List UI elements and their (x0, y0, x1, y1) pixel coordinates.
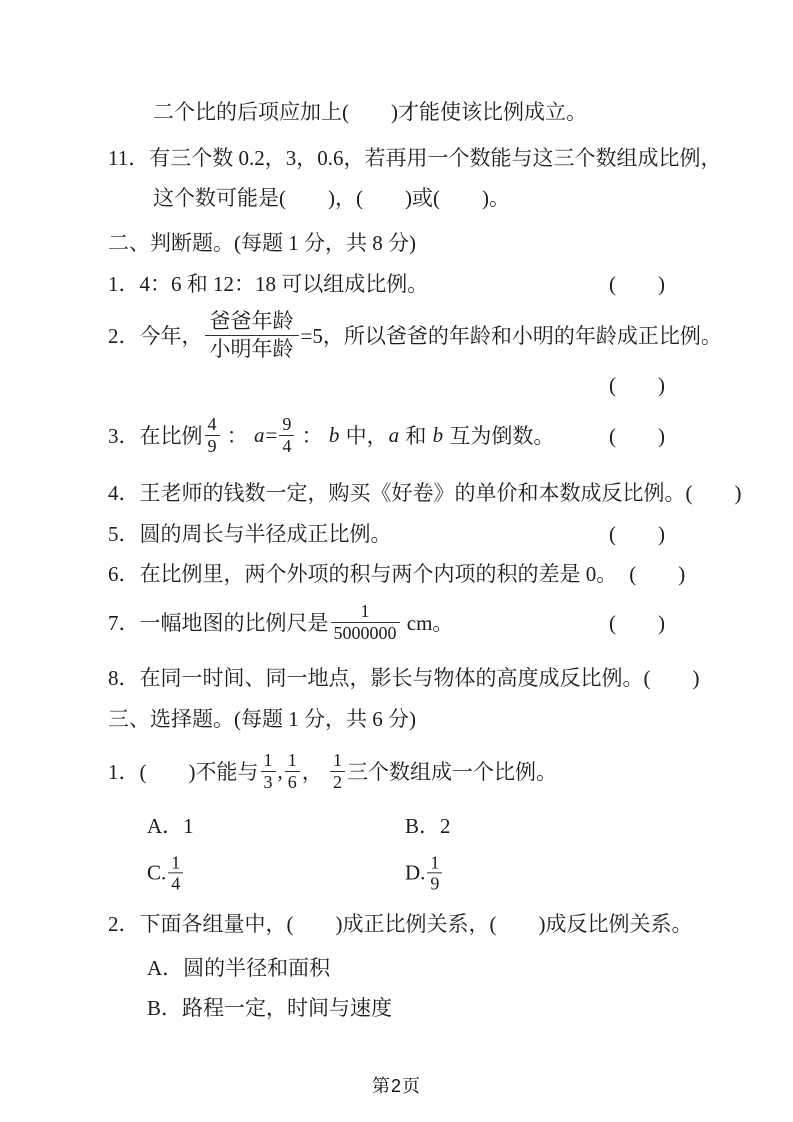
option-cell: B．2 (405, 810, 451, 840)
text-run: = (266, 423, 278, 448)
worksheet-page: 二个比的后项应加上( )才能使该比例成立。11．有三个数 0.2，3，0.6，若… (0, 0, 793, 1122)
fraction-denominator: 小明年龄 (205, 336, 299, 362)
fraction-denominator: 6 (285, 772, 300, 792)
text-run: C. (147, 861, 166, 886)
text-run: 11．有三个数 0.2，3，0.6，若再用一个数能与这三个数组成比例， (108, 142, 721, 172)
option-cell: C.14 (147, 852, 185, 893)
text-run: ， (302, 756, 328, 786)
text-run: 1．4：6 和 12：18 可以组成比例。 (108, 268, 428, 298)
answer-blank: ( ) (609, 607, 665, 637)
fraction-numerator: 1 (427, 852, 442, 873)
line-h2: 二、判断题。(每题 1 分，共 8 分) (108, 229, 665, 255)
line-h3: 三、选择题。(每题 1 分，共 6 分) (108, 705, 665, 731)
line-text: A．圆的半径和面积 (147, 952, 330, 982)
fraction: 14 (168, 852, 183, 893)
line-j7: 7．一幅地图的比例尺是15000000 cm。( ) (108, 596, 665, 648)
line-cAB: A．1B．2 (108, 812, 665, 838)
text-run: 7．一幅地图的比例尺是 (108, 607, 329, 637)
line-q10cont: 二个比的后项应加上( )才能使该比例成立。 (153, 98, 665, 124)
fraction-denominator: 2 (330, 772, 345, 792)
fraction: 爸爸年龄小明年龄 (205, 308, 299, 362)
line-text: 3．在比例49 ： a=94 ： b 中，a 和 b 互为倒数。 (108, 414, 554, 455)
line-text: 5．圆的周长与半径成正比例。 (108, 518, 392, 548)
line-cCD: C.14D.19 (108, 847, 665, 899)
fraction-denominator: 9 (205, 436, 220, 456)
text-run: 三、选择题。(每题 1 分，共 6 分) (108, 703, 416, 733)
line-text: 这个数可能是( )，( )或( )。 (153, 182, 510, 212)
text-run: 二、判断题。(每题 1 分，共 8 分) (108, 227, 416, 257)
text-run: 6．在比例里，两个外项的积与两个内项的积的差是 0。 (108, 558, 617, 588)
text-run: =5，所以爸爸的年龄和小明的年龄成正比例。 (301, 320, 722, 350)
text-run: 5．圆的周长与半径成正比例。 (108, 518, 392, 548)
text-run: 2．今年， (108, 320, 203, 350)
math-variable: a (388, 423, 401, 448)
text-run: cm。 (402, 607, 454, 637)
line-text: 二、判断题。(每题 1 分，共 8 分) (108, 227, 416, 257)
fraction: 13 (261, 750, 276, 791)
text-run: ： (222, 420, 254, 450)
fraction-numerator: 1 (168, 852, 183, 873)
fraction: 19 (427, 852, 442, 893)
line-j8: 8．在同一时间、同一地点，影长与物体的高度成反比例。( ) (108, 664, 665, 690)
line-j6: 6．在比例里，两个外项的积与两个内项的积的差是 0。( ) (108, 560, 665, 586)
fraction-numerator: 爸爸年龄 (205, 308, 299, 335)
option-cell: D.19 (405, 852, 444, 893)
line-text: 4．王老师的钱数一定，购买《好卷》的单价和本数成反比例。( ) (108, 477, 741, 507)
fraction-numerator: 1 (331, 601, 400, 622)
answer-blank: ( ) (609, 518, 665, 548)
fraction: 15000000 (331, 601, 400, 642)
line-text: 8．在同一时间、同一地点，影长与物体的高度成反比例。( ) (108, 662, 699, 692)
fraction: 94 (279, 414, 294, 455)
fraction: 12 (330, 750, 345, 791)
line-text: 三、选择题。(每题 1 分，共 6 分) (108, 703, 416, 733)
answer-blank: ( ) (629, 558, 685, 588)
fraction-numerator: 9 (279, 414, 294, 435)
answer-blank: ( ) (609, 420, 665, 450)
text-run: , (278, 759, 283, 784)
line-c2A: A．圆的半径和面积 (147, 954, 665, 980)
text-run: 8．在同一时间、同一地点，影长与物体的高度成反比例。( ) (108, 662, 699, 692)
page-number: 第2页 (0, 1072, 793, 1098)
text-run: B．路程一定，时间与速度 (147, 992, 392, 1022)
line-c2B: B．路程一定，时间与速度 (147, 994, 665, 1020)
text-run: 三个数组成一个比例。 (347, 756, 557, 786)
line-text: 2．今年，爸爸年龄小明年龄=5，所以爸爸的年龄和小明的年龄成正比例。 (108, 308, 722, 362)
line-text: 1．( )不能与13,16， 12三个数组成一个比例。 (108, 750, 557, 791)
text-run: 和 (400, 420, 432, 450)
line-text: 二个比的后项应加上( )才能使该比例成立。 (153, 96, 587, 126)
line-j1: 1．4：6 和 12：18 可以组成比例。( ) (108, 270, 665, 296)
line-j5: 5．圆的周长与半径成正比例。( ) (108, 520, 665, 546)
fraction-denominator: 3 (261, 772, 276, 792)
line-text: 1．4：6 和 12：18 可以组成比例。 (108, 268, 428, 298)
text-run: D. (405, 861, 425, 886)
line-j2ans: ( ) (108, 371, 665, 397)
line-text: 7．一幅地图的比例尺是15000000 cm。 (108, 601, 453, 642)
fraction: 49 (205, 414, 220, 455)
text-run: 互为倒数。 (444, 420, 554, 450)
fraction-numerator: 1 (261, 750, 276, 771)
math-variable: b (432, 423, 445, 448)
text-run: B．2 (405, 810, 451, 840)
text-run: A．圆的半径和面积 (147, 952, 330, 982)
line-text: B．路程一定，时间与速度 (147, 992, 392, 1022)
line-q11b: 这个数可能是( )，( )或( )。 (153, 184, 665, 210)
line-text: 6．在比例里，两个外项的积与两个内项的积的差是 0。 (108, 558, 617, 588)
line-j4: 4．王老师的钱数一定，购买《好卷》的单价和本数成反比例。( ) (108, 479, 665, 505)
fraction: 16 (285, 750, 300, 791)
text-run: 二个比的后项应加上( )才能使该比例成立。 (153, 96, 587, 126)
line-j2main: 2．今年，爸爸年龄小明年龄=5，所以爸爸的年龄和小明的年龄成正比例。 (108, 305, 665, 365)
answer-blank: ( ) (609, 369, 665, 399)
line-c1: 1．( )不能与13,16， 12三个数组成一个比例。 (108, 745, 665, 797)
text-run: 中， (340, 420, 387, 450)
text-run: 4．王老师的钱数一定，购买《好卷》的单价和本数成反比例。( ) (108, 477, 741, 507)
text-run: ： (296, 420, 328, 450)
line-q11a: 11．有三个数 0.2，3，0.6，若再用一个数能与这三个数组成比例， (108, 144, 665, 170)
line-text: 11．有三个数 0.2，3，0.6，若再用一个数能与这三个数组成比例， (108, 142, 721, 172)
fraction-denominator: 5000000 (331, 623, 400, 643)
fraction-numerator: 1 (330, 750, 345, 771)
text-run: 1．( )不能与 (108, 756, 259, 786)
answer-blank: ( ) (609, 268, 665, 298)
line-text: 2．下面各组量中，( )成正比例关系，( )成反比例关系。 (108, 908, 692, 938)
option-cell: A．1 (147, 810, 194, 840)
fraction-denominator: 4 (168, 874, 183, 894)
line-c2: 2．下面各组量中，( )成正比例关系，( )成反比例关系。 (108, 910, 665, 936)
fraction-numerator: 1 (285, 750, 300, 771)
text-run: 2．下面各组量中，( )成正比例关系，( )成反比例关系。 (108, 908, 692, 938)
fraction-denominator: 9 (427, 874, 442, 894)
text-run: A．1 (147, 810, 194, 840)
fraction-denominator: 4 (279, 436, 294, 456)
line-j3: 3．在比例49 ： a=94 ： b 中，a 和 b 互为倒数。( ) (108, 409, 665, 461)
math-variable: a (253, 423, 266, 448)
text-run: 3．在比例 (108, 420, 203, 450)
fraction-numerator: 4 (205, 414, 220, 435)
text-run: 这个数可能是( )，( )或( )。 (153, 182, 510, 212)
math-variable: b (328, 423, 341, 448)
